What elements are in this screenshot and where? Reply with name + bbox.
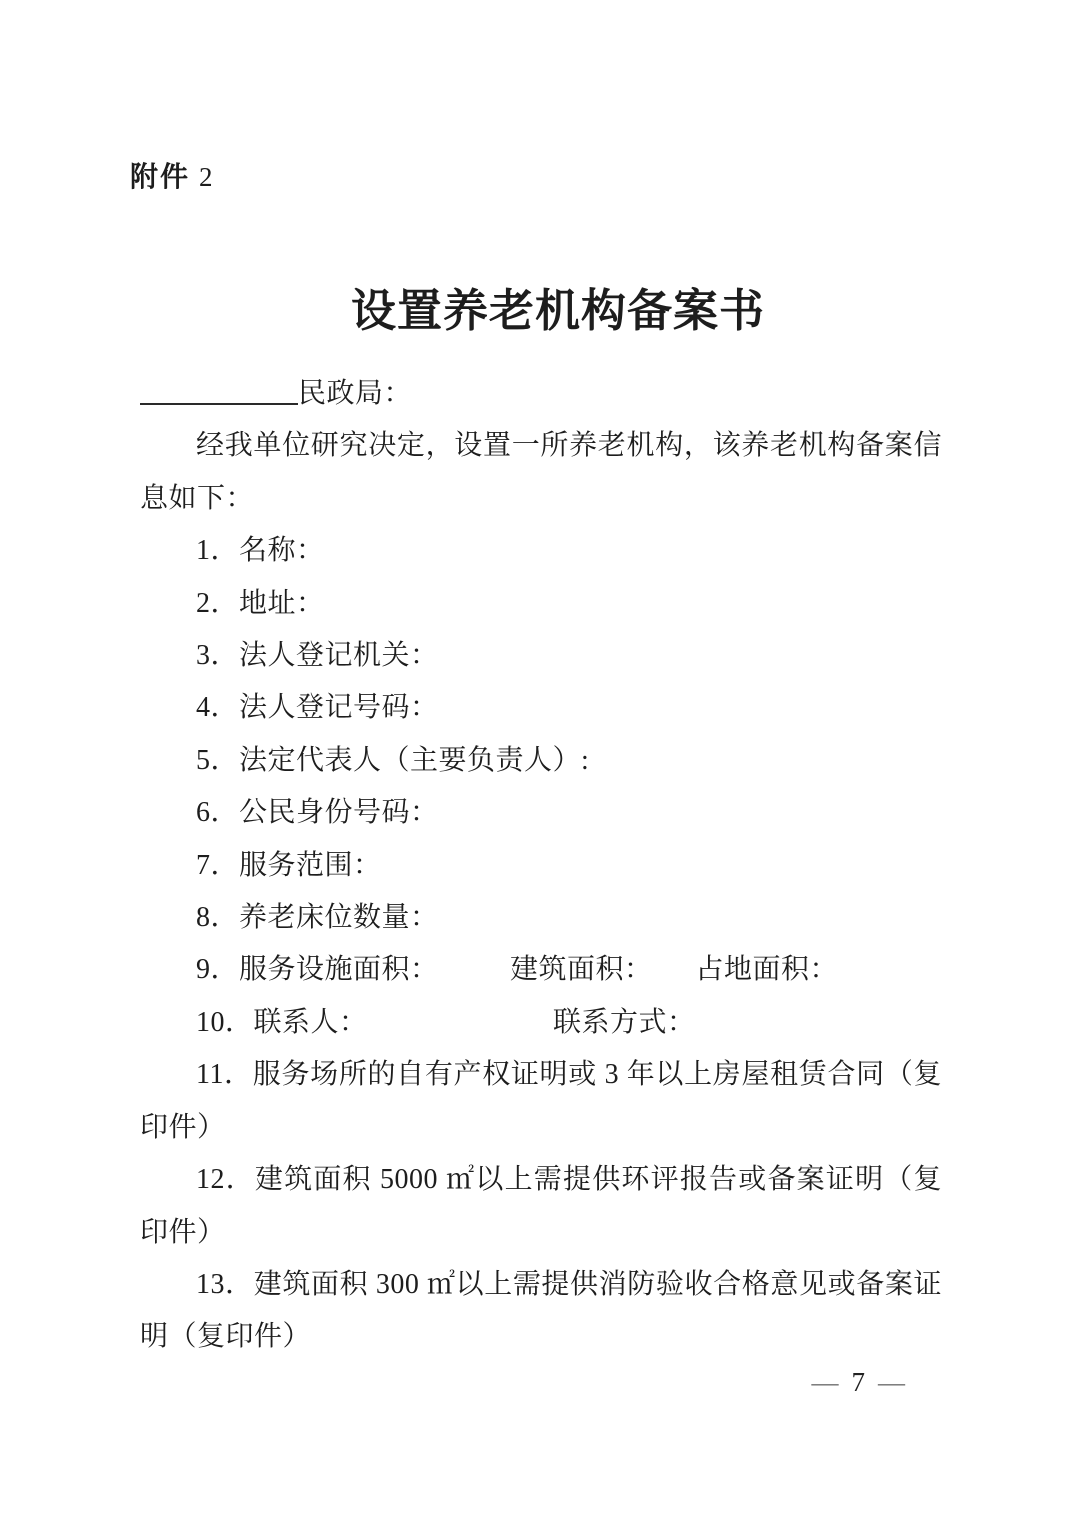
fill-in-blank: [140, 375, 298, 405]
intro-paragraph: 经我单位研究决定，设置一所养老机构，该养老机构备案信息如下：: [140, 420, 942, 525]
item-13-fire-inspection: 13．建筑面积 300 ㎡以上需提供消防验收合格意见或备案证明（复印件）: [140, 1259, 942, 1364]
item-1-name: 1．名称：: [140, 525, 942, 577]
salutation-bureau: 民政局：: [298, 378, 412, 409]
item-12-environmental-report: 12．建筑面积 5000 ㎡以上需提供环评报告或备案证明（复印件）: [140, 1154, 942, 1259]
document-title: 设置养老机构备案书: [0, 284, 1074, 338]
item-8-bed-count: 8．养老床位数量：: [140, 892, 942, 944]
page-number-dash-right: —: [878, 1367, 905, 1397]
page-number-dash-left: —: [812, 1367, 839, 1397]
item-4-registration-number: 4．法人登记号码：: [140, 682, 942, 734]
item-2-address: 2．地址：: [140, 578, 942, 630]
attachment-label: 附件2: [130, 160, 213, 195]
attachment-number: 2: [199, 162, 213, 192]
item-6-citizen-id-number: 6．公民身份号码：: [140, 787, 942, 839]
document-body: 民政局： 经我单位研究决定，设置一所养老机构，该养老机构备案信息如下： 1．名称…: [140, 368, 942, 1364]
salutation-line: 民政局：: [140, 368, 942, 420]
item-3-registration-authority: 3．法人登记机关：: [140, 630, 942, 682]
item-10-contact: 10．联系人： 联系方式：: [140, 997, 942, 1049]
item-11-property-certificate: 11．服务场所的自有产权证明或 3 年以上房屋租赁合同（复印件）: [140, 1049, 942, 1154]
document-page: 附件2 设置养老机构备案书 民政局： 经我单位研究决定，设置一所养老机构，该养老…: [0, 0, 1074, 1520]
attachment-prefix: 附件: [130, 161, 190, 192]
item-9-facility-area: 9．服务设施面积： 建筑面积： 占地面积：: [140, 944, 942, 996]
page-number: —7—: [812, 1366, 906, 1398]
page-number-value: 7: [852, 1367, 866, 1397]
item-7-service-scope: 7．服务范围：: [140, 840, 942, 892]
item-5-legal-representative: 5．法定代表人（主要负责人）:: [140, 735, 942, 787]
